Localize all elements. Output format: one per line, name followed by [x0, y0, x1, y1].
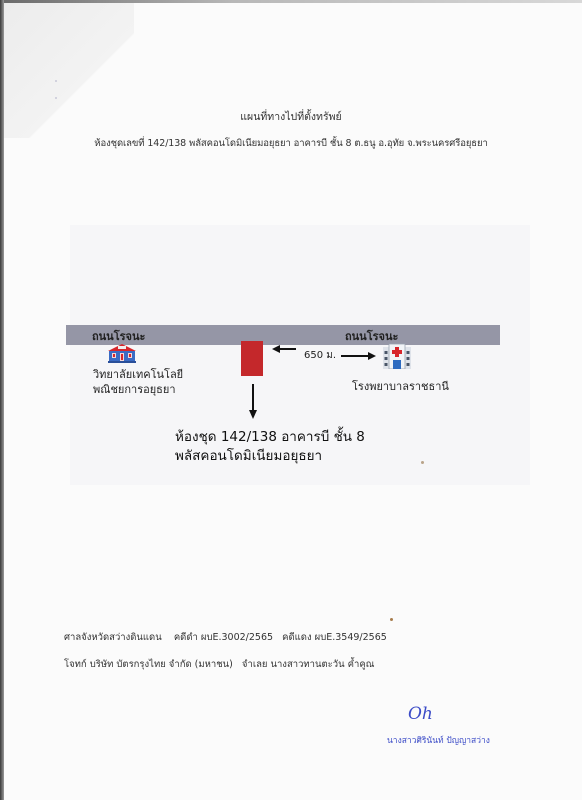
arrow-head-down-icon — [249, 410, 257, 419]
hospital-icon — [383, 343, 411, 369]
black-case-label: คดีดำ — [174, 632, 198, 643]
school-building-icon — [106, 343, 138, 363]
signature-mark: Oh — [408, 704, 433, 724]
arrow-to-property — [280, 348, 296, 350]
college-label-line1: วิทยาลัยเทคโนโลยี — [93, 367, 183, 382]
college-label: วิทยาลัยเทคโนโลยี พณิชยการอยุธยา — [93, 367, 183, 397]
hospital-label: โรงพยาบาลราชธานี — [352, 377, 449, 395]
red-case-number: ผบE.3549/2565 — [315, 632, 387, 643]
college-label-line2: พณิชยการอยุธยา — [93, 382, 183, 397]
arrow-to-hospital — [341, 355, 368, 357]
court-name: ศาลจังหวัดสว่างดินแดน — [64, 632, 162, 643]
red-case-label: คดีแดง — [282, 632, 311, 643]
scan-speck — [55, 80, 57, 82]
property-marker — [241, 341, 263, 376]
distance-label: 650 ม. — [304, 348, 336, 363]
black-case-number: ผบE.3002/2565 — [201, 632, 273, 643]
parties-line: โจทก์ บริษัท บัตรกรุงไทย จำกัด (มหาชน) จ… — [64, 657, 374, 672]
arrow-head-right-icon — [368, 352, 376, 360]
property-label-line2: พลัสคอนโดมิเนียมอยุธยา — [175, 447, 365, 466]
defendant: จำเลย นางสาวทานตะวัน ค้ำคูณ — [242, 659, 375, 670]
property-label: ห้องชุด 142/138 อาคารบี ชั้น 8 พลัสคอนโด… — [175, 428, 365, 466]
scan-speck — [55, 97, 57, 99]
document-title: แผนที่ทางไปที่ตั้งทรัพย์ — [0, 108, 582, 125]
scan-speck — [390, 618, 393, 621]
arrow-to-property-label — [252, 384, 254, 412]
signer-name: นางสาวศิรินันท์ ปัญญาสว่าง — [387, 733, 490, 747]
arrow-head-left-icon — [272, 345, 280, 353]
case-info-line: ศาลจังหวัดสว่างดินแดน คดีดำ ผบE.3002/256… — [64, 630, 387, 645]
document-subtitle: ห้องชุดเลขที่ 142/138 พลัสคอนโดมิเนียมอย… — [0, 136, 582, 151]
plaintiff: โจทก์ บริษัท บัตรกรุงไทย จำกัด (มหาชน) — [64, 659, 233, 670]
scan-speck — [421, 461, 424, 464]
property-label-line1: ห้องชุด 142/138 อาคารบี ชั้น 8 — [175, 428, 365, 447]
